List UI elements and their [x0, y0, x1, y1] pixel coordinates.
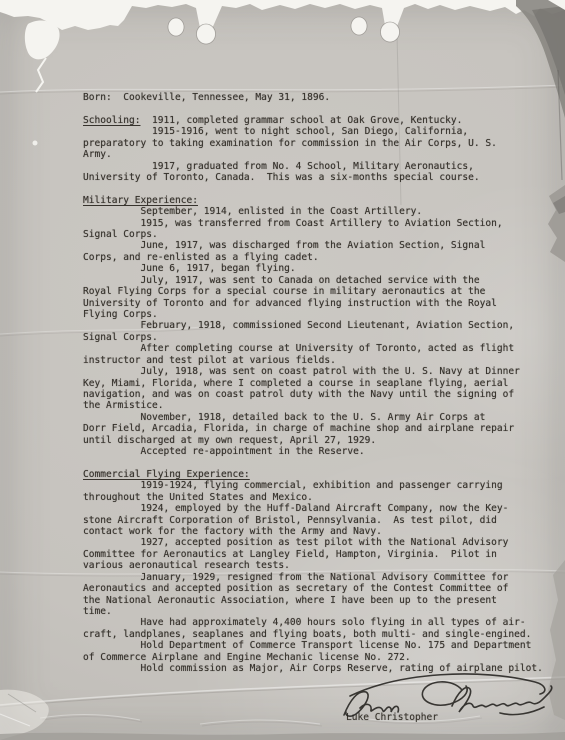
doc-block: Military Experience: September, 1914, en…: [83, 195, 553, 458]
doc-line: November, 1918, detailed back to the U. …: [83, 412, 553, 423]
signature-typed-name: Luke Christopher: [346, 712, 438, 723]
doc-line: Royal Flying Corps for a special course …: [83, 286, 553, 297]
doc-line: of Commerce Airplane and Engine Mechanic…: [83, 652, 553, 663]
punch-hole: [168, 17, 400, 44]
doc-line: 1924, employed by the Huff-Daland Aircra…: [83, 503, 553, 514]
section-heading: Commercial Flying Experience:: [83, 469, 250, 480]
doc-line: June, 1917, was discharged from the Avia…: [83, 240, 553, 251]
doc-line: University of Toronto and for advanced f…: [83, 298, 553, 309]
doc-line: 1915, was transferred from Coast Artille…: [83, 218, 553, 229]
paper-crack: [33, 141, 38, 146]
doc-line: Flying Corps.: [83, 309, 553, 320]
doc-line: craft, landplanes, seaplanes and flying …: [83, 629, 553, 640]
doc-line: Military Experience:: [83, 195, 553, 206]
doc-line: University of Toronto, Canada. This was …: [83, 172, 553, 183]
document-text: Born: Cookeville, Tennessee, May 31, 189…: [83, 92, 553, 686]
doc-line: various aeronautical research tests.: [83, 560, 553, 571]
doc-line: 1915-1916, went to night school, San Die…: [83, 126, 553, 137]
doc-line: Signal Corps.: [83, 332, 553, 343]
signature-stroke: [360, 704, 398, 712]
doc-line: 1919-1924, flying commercial, exhibition…: [83, 480, 553, 491]
doc-line: January, 1929, resigned from the Nationa…: [83, 572, 553, 583]
doc-block: Schooling: 1911, completed grammar schoo…: [83, 115, 553, 184]
doc-line: Signal Corps.: [83, 229, 553, 240]
doc-line: preparatory to taking examination for co…: [83, 138, 553, 149]
doc-line: the Armistice.: [83, 400, 553, 411]
doc-line: After completing course at University of…: [83, 343, 553, 354]
doc-line: Corps, and re-enlisted as a flying cadet…: [83, 252, 553, 263]
doc-line: stone Aircraft Corporation of Bristol, P…: [83, 515, 553, 526]
doc-line: July, 1918, was sent on coast patrol wit…: [83, 366, 553, 377]
signature-stroke: [500, 707, 544, 715]
crumpled-corner: [0, 690, 49, 740]
doc-line: time.: [83, 606, 553, 617]
doc-line: Accepted re-appointment in the Reserve.: [83, 446, 553, 457]
doc-line: Army.: [83, 149, 553, 160]
doc-block: Born: Cookeville, Tennessee, May 31, 189…: [83, 92, 553, 103]
doc-line: June 6, 1917, began flying.: [83, 263, 553, 274]
torn-top-edge: [0, 0, 565, 33]
torn-corner-tear: [25, 21, 60, 60]
doc-line: navigation, and was on coast patrol duty…: [83, 389, 553, 400]
section-heading: Schooling:: [83, 115, 140, 126]
doc-line: Committee for Aeronautics at Langley Fie…: [83, 549, 553, 560]
doc-line: September, 1914, enlisted in the Coast A…: [83, 206, 553, 217]
doc-line: until discharged at my own request, Apri…: [83, 435, 553, 446]
doc-line: throughout the United States and Mexico.: [83, 492, 553, 503]
doc-line: contact work for the factory with the Ar…: [83, 526, 553, 537]
section-heading: Military Experience:: [83, 195, 198, 206]
doc-line: Key, Miami, Florida, where I completed a…: [83, 378, 553, 389]
scanned-document-page: Born: Cookeville, Tennessee, May 31, 189…: [0, 0, 565, 740]
doc-line: 1917, graduated from No. 4 School, Milit…: [83, 161, 553, 172]
doc-line: Commercial Flying Experience:: [83, 469, 553, 480]
doc-line: instructor and test pilot at various fie…: [83, 355, 553, 366]
signature-stroke: [452, 686, 552, 712]
doc-line: Schooling: 1911, completed grammar schoo…: [83, 115, 553, 126]
doc-line: Aeronautics and accepted position as sec…: [83, 583, 553, 594]
paper-crack: [36, 58, 46, 92]
doc-line: Hold commission as Major, Air Corps Rese…: [83, 663, 553, 674]
doc-line: 1927, accepted position as test pilot wi…: [83, 537, 553, 548]
bottom-edge-shadow: [0, 732, 565, 740]
doc-line: Have had approximately 4,400 hours solo …: [83, 617, 553, 628]
doc-line: Hold Department of Commerce Transport li…: [83, 640, 553, 651]
doc-line: the National Aeronautic Association, whe…: [83, 595, 553, 606]
doc-line: February, 1918, commissioned Second Lieu…: [83, 320, 553, 331]
doc-block: Commercial Flying Experience: 1919-1924,…: [83, 469, 553, 675]
doc-line: Born: Cookeville, Tennessee, May 31, 189…: [83, 92, 553, 103]
doc-line: Dorr Field, Arcadia, Florida, in charge …: [83, 423, 553, 434]
doc-line: July, 1917, was sent to Canada on detach…: [83, 275, 553, 286]
